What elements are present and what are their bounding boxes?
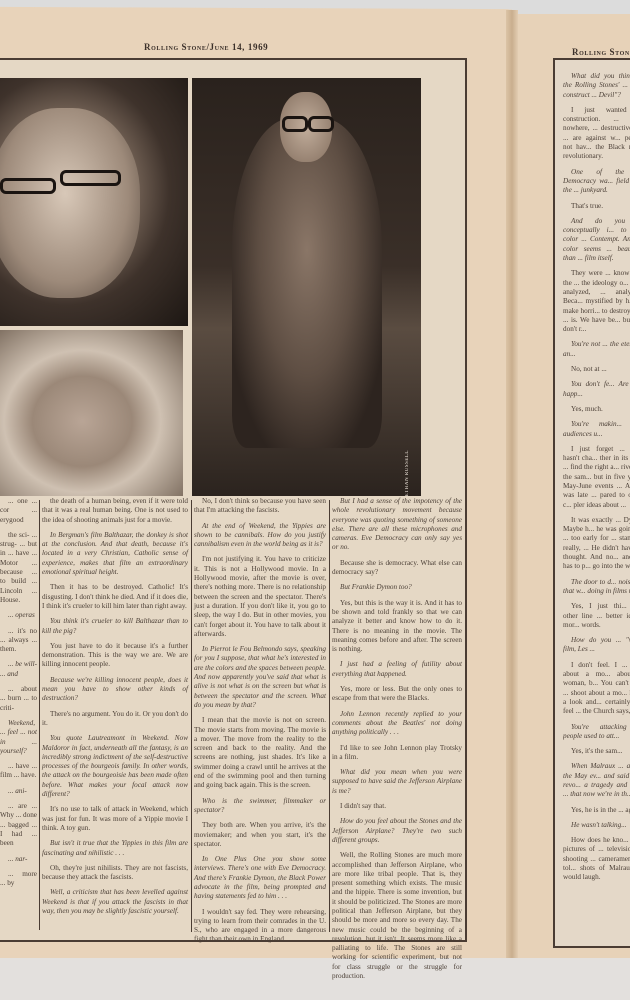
interview-answer: I wouldn't say fed. They were rehearsing… [194, 908, 326, 945]
interview-question: ... be will- ... and [0, 660, 37, 679]
interview-answer: the sci- ... strug- ... but in ... have … [0, 531, 37, 605]
background-bottom [0, 958, 630, 1000]
glasses [282, 116, 308, 132]
interview-answer: I don't feel. I ... feel about a mo... a… [563, 661, 630, 717]
running-head-left: Rolling Stone/June 14, 1969 [144, 42, 269, 52]
interview-answer: ... it's no ... always ... them. [0, 627, 37, 655]
interview-question: Because we're killing innocent people, d… [42, 676, 188, 704]
interview-answer: No, I don't think so because you have se… [194, 497, 326, 516]
interview-question: When Malraux ... about the May ev... and… [563, 762, 630, 799]
glasses [60, 170, 121, 186]
article-column-c: No, I don't think so because you have se… [194, 497, 326, 951]
interview-answer: Yes, but this is the way it is. And it h… [332, 599, 462, 655]
interview-answer: They both are. When you arrive, it's the… [194, 821, 326, 849]
article-column-right-page: What did you think of the Rolling Stones… [563, 72, 630, 889]
interview-answer: Because she is democracy. What else can … [332, 559, 462, 578]
interview-answer: I just forget ... film hasn't cha... the… [563, 445, 630, 510]
interview-question: In One Plus One you show some interviews… [194, 855, 326, 901]
interview-answer: It's no use to talk of attack in Weekend… [42, 805, 188, 833]
interview-answer: I'm not justifying it. You have to criti… [194, 555, 326, 639]
interview-question: What did you mean when you were supposed… [332, 768, 462, 796]
interview-answer: Yes, more or less. But the only ones to … [332, 685, 462, 704]
face [0, 108, 140, 298]
interview-answer: There's no argument. You do it. Or you d… [42, 710, 188, 729]
glasses [308, 116, 334, 132]
photo-credit: ETHAN RUSSELL [405, 450, 410, 496]
interview-answer: I'd like to see John Lennon play Trotsky… [332, 744, 462, 763]
closeup-smiling-portrait-photo [0, 78, 188, 326]
interview-answer: I mean that the movie is not on screen. … [194, 716, 326, 790]
interview-question: He wasn't talking... [563, 821, 630, 830]
interview-answer: No, not at ... [563, 365, 630, 374]
interview-answer: You just have to do it because it's a fu… [42, 642, 188, 670]
running-head-right: Rolling Stone [572, 47, 630, 57]
column-rule [39, 500, 40, 930]
interview-answer: ... one ... cor ... erygood [0, 497, 37, 525]
interview-answer: How does he kno... take pictures of ... … [563, 836, 630, 882]
interview-question: What did you think of the Rolling Stones… [563, 72, 630, 100]
seated-night-portrait-photo [192, 78, 421, 496]
interview-question: ... nar- [0, 855, 37, 864]
interview-answer: I didn't say that. [332, 802, 462, 811]
interview-answer: Oh, they're just nihilists. They are not… [42, 864, 188, 883]
interview-question: ... ani- [0, 787, 37, 796]
interview-question: You're attacking ... people used to att.… [563, 723, 630, 742]
interview-answer: ... about ... burn ... to criti- [0, 685, 37, 713]
interview-answer: They were ... know that the ... the ideo… [563, 269, 630, 334]
interview-answer: ... more ... by [0, 870, 37, 889]
article-column-d: But I had a sense of the impotency of th… [332, 497, 462, 987]
interview-question: In Pierrot le Fou Belmondo says, speakin… [194, 645, 326, 710]
interview-question: In Bergman's film Balthazar, the donkey … [42, 531, 188, 577]
interview-question: Who is the swimmer, filmmaker or spectat… [194, 797, 326, 816]
interview-question: I just had a feeling of futility about e… [332, 660, 462, 679]
interview-question: The door to d... noise: is that w... doi… [563, 578, 630, 597]
interview-question: Well, a criticism that has been levelled… [42, 888, 188, 916]
interview-question: How do you feel about the Stones and the… [332, 817, 462, 845]
interview-question: You're makin... and audiences u... [563, 420, 630, 439]
interview-question: You quote Lautreamont in Weekend. Now Ma… [42, 734, 188, 799]
page-gutter [506, 10, 518, 980]
interview-answer: That's true. [563, 202, 630, 211]
interview-question: At the end of Weekend, the Yippies are s… [194, 522, 326, 550]
interview-answer: Yes, I just thi... and other line ... be… [563, 602, 630, 630]
interview-answer: the death of a human being, even if it w… [42, 497, 188, 525]
interview-answer: Yes, much. [563, 405, 630, 414]
figure [232, 118, 382, 448]
interview-answer: Well, the Rolling Stones are much more a… [332, 851, 462, 981]
interview-question: You're not ... the eternity an... [563, 340, 630, 359]
interview-question: ... operas [0, 611, 37, 620]
interview-question: You think it's crueler to kill Balthazar… [42, 617, 188, 636]
glasses [0, 178, 56, 194]
interview-answer: I just wanted ... construction. ... was … [563, 106, 630, 162]
article-column-b: the death of a human being, even if it w… [42, 497, 188, 922]
interview-answer: Then it has to be destroyed. Catholic! I… [42, 583, 188, 611]
interview-question: One of the ... Democracy wa... field and… [563, 168, 630, 196]
interview-question: John Lennon recently replied to your com… [332, 710, 462, 738]
interview-answer: Yes, he is in the ... agree. [563, 806, 630, 815]
interview-answer: It was exactly ... Dylan. Maybe h... he … [563, 516, 630, 572]
interview-question: But isn't it true that the Yippies in th… [42, 839, 188, 858]
interview-answer: Yes, it's the sam... [563, 747, 630, 756]
interview-question: You don't fe... Are you happ... [563, 380, 630, 399]
interview-question: Weekend, ... feel ... not in ... yoursel… [0, 719, 37, 756]
article-column-a: ... one ... cor ... erygoodthe sci- ... … [0, 497, 37, 894]
interview-question: But I had a sense of the impotency of th… [332, 497, 462, 553]
interview-question: But Frankie Dymon too? [332, 583, 462, 592]
column-rule [191, 500, 192, 932]
swimmer-portrait-photo [0, 330, 183, 496]
interview-question: And do you ... conceptually i... to use … [563, 217, 630, 263]
interview-answer: ... have ... film ... have. [0, 762, 37, 781]
column-rule [329, 500, 330, 932]
interview-question: How do you ... "war" film, Les ... [563, 636, 630, 655]
interview-answer: ... are ... Why ... done ... bagged ... … [0, 802, 37, 848]
